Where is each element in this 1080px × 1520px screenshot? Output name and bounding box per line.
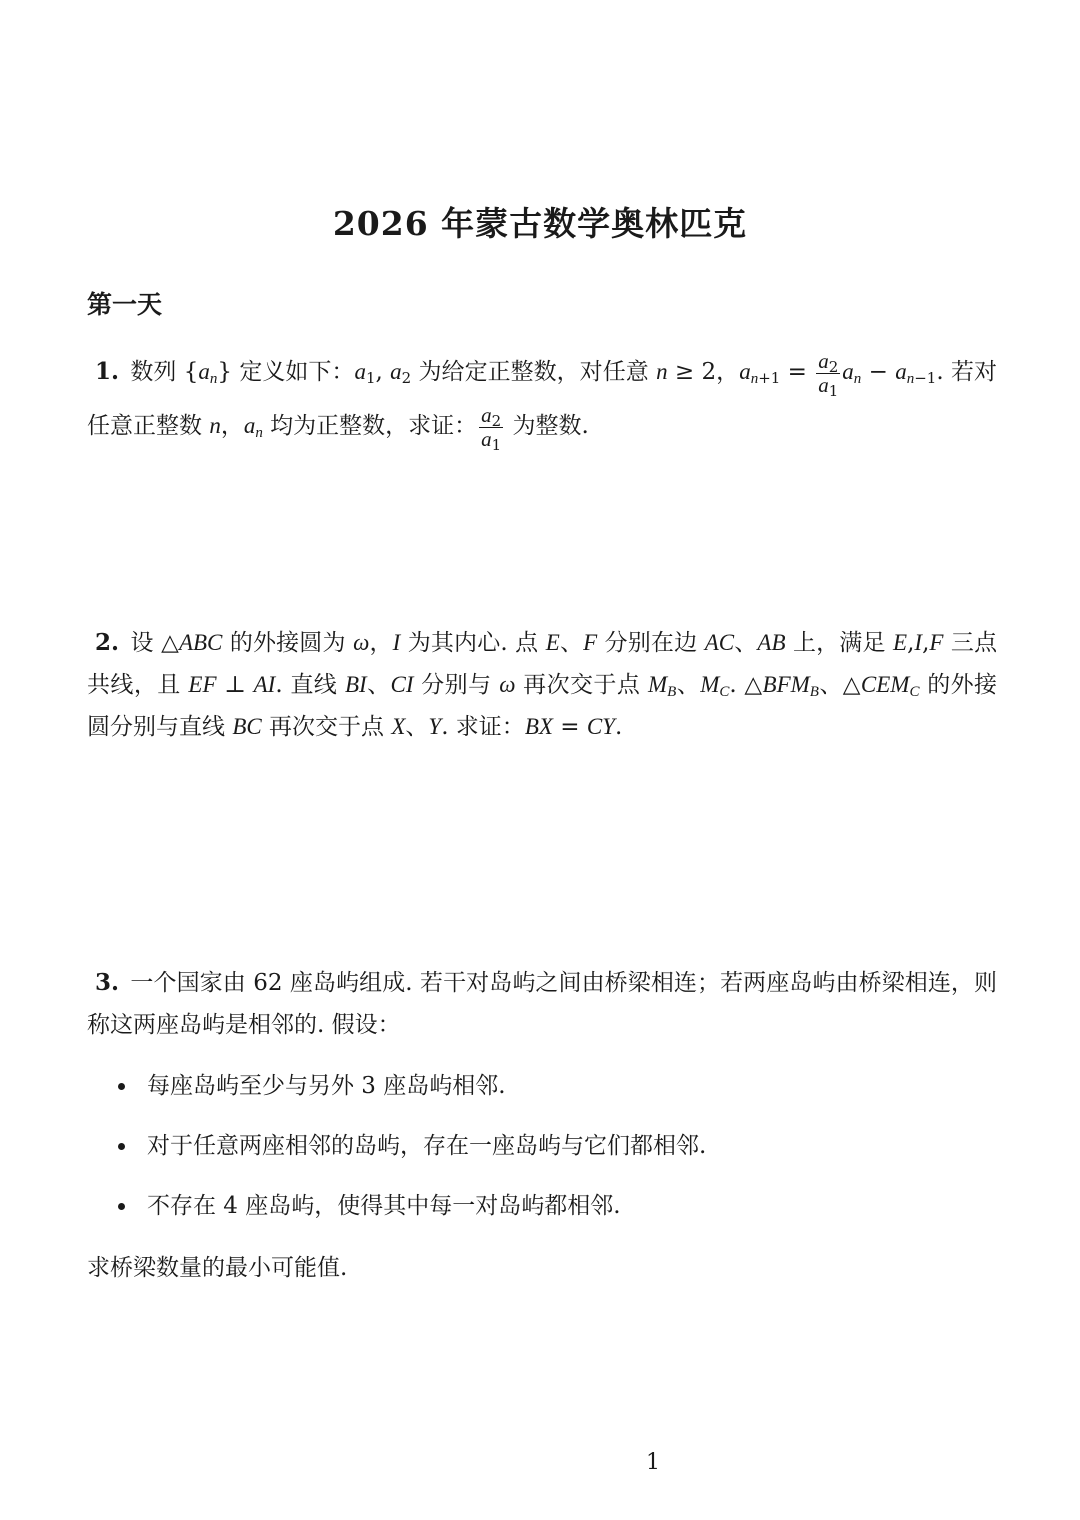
problem-3: 3. 一个国家由 62 座岛屿组成. 若干对岛屿之间由桥梁相连；若两座岛屿由桥梁… xyxy=(87,962,997,1046)
problem-number: 2. xyxy=(95,629,119,656)
page-number: 1 xyxy=(0,1450,1080,1475)
problem-3-question: 求桥梁数量的最小可能值. xyxy=(87,1249,347,1282)
condition-item: 对于任意两座相邻的岛屿，存在一座岛屿与它们都相邻. xyxy=(118,1126,706,1186)
problem-3-intro: 一个国家由 62 座岛屿组成. 若干对岛屿之间由桥梁相连；若两座岛屿由桥梁相连，… xyxy=(87,970,997,1038)
problem-1-text: 数列 {an} 定义如下：a1, a2 为给定正整数，对任意 n ≥ 2，an+… xyxy=(87,359,997,439)
condition-item: 每座岛屿至少与另外 3 座岛屿相邻. xyxy=(118,1066,706,1126)
bullet-icon xyxy=(118,1203,125,1210)
document-title: 2026 年蒙古数学奥林匹克 xyxy=(0,198,1080,245)
problem-2: 2. 设 △ABC 的外接圆为 ω，I 为其内心. 点 E、F 分别在边 AC、… xyxy=(87,622,997,748)
condition-list: 每座岛屿至少与另外 3 座岛屿相邻. 对于任意两座相邻的岛屿，存在一座岛屿与它们… xyxy=(118,1066,706,1246)
document-page: 2026 年蒙古数学奥林匹克 第一天 1. 数列 {an} 定义如下：a1, a… xyxy=(0,0,1080,1520)
section-heading: 第一天 xyxy=(87,285,162,321)
problem-2-text: 设 △ABC 的外接圆为 ω，I 为其内心. 点 E、F 分别在边 AC、AB … xyxy=(87,630,997,740)
problem-1: 1. 数列 {an} 定义如下：a1, a2 为给定正整数，对任意 n ≥ 2，… xyxy=(87,345,997,453)
condition-item: 不存在 4 座岛屿，使得其中每一对岛屿都相邻. xyxy=(118,1186,706,1246)
bullet-icon xyxy=(118,1143,125,1150)
problem-number: 1. xyxy=(95,358,119,385)
problem-number: 3. xyxy=(95,969,119,996)
bullet-icon xyxy=(118,1083,125,1090)
